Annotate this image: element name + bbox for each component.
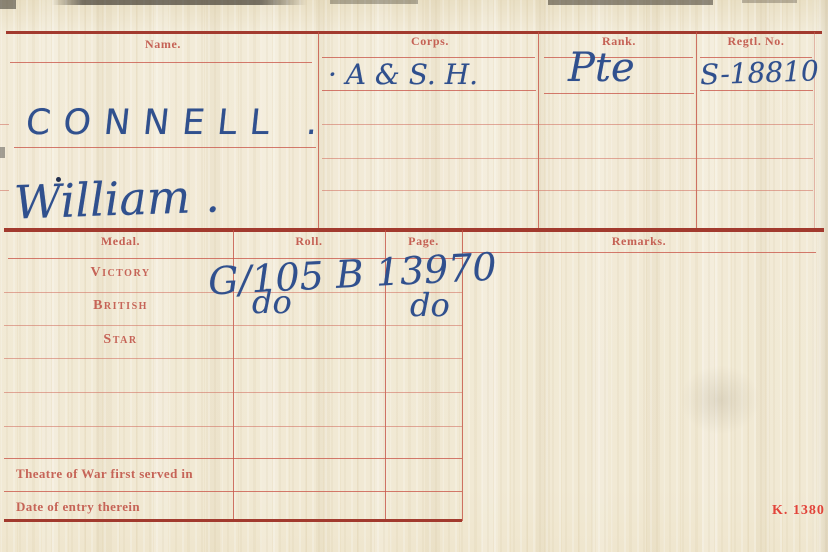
medal-row-victory: Victory bbox=[8, 265, 233, 281]
grid-line bbox=[4, 426, 462, 427]
grid-line bbox=[4, 519, 462, 522]
form-code-stamp: K. 1380 bbox=[772, 503, 825, 519]
grid-line bbox=[322, 190, 813, 191]
grid-line bbox=[322, 158, 813, 159]
grid-line bbox=[696, 32, 697, 229]
rank-entry-handwriting: Pte bbox=[568, 45, 635, 91]
corps-column-header: Corps. bbox=[322, 34, 538, 49]
grid-line bbox=[4, 228, 824, 232]
grid-line bbox=[462, 252, 816, 253]
grid-line bbox=[4, 325, 462, 326]
paper-stain bbox=[680, 365, 760, 435]
grid-line bbox=[0, 190, 9, 191]
medal-column-header: Medal. bbox=[8, 234, 233, 249]
roll-column-header: Roll. bbox=[233, 234, 385, 249]
grid-line bbox=[4, 392, 462, 393]
grid-line bbox=[4, 491, 462, 492]
page-ditto-handwriting: do bbox=[410, 286, 450, 324]
scan-artifact bbox=[0, 147, 5, 158]
medal-index-card: Name. Corps. Rank. Regtl. No. · A & S. H… bbox=[0, 0, 828, 552]
grid-line bbox=[4, 358, 462, 359]
regtl-no-column-header: Regtl. No. bbox=[698, 34, 814, 49]
grid-line bbox=[544, 93, 694, 94]
surname-handwriting: CONNELL . bbox=[24, 103, 333, 143]
regtl-no-entry-handwriting: S-18810 · bbox=[699, 54, 828, 92]
medal-row-british: British bbox=[8, 298, 233, 314]
roll-entry-handwriting: G/105 B 13970 bbox=[207, 244, 498, 303]
medal-row-star: Star bbox=[8, 332, 233, 348]
grid-line bbox=[0, 124, 9, 125]
scan-artifact bbox=[742, 0, 797, 3]
scan-artifact bbox=[52, 0, 307, 5]
name-column-header: Name. bbox=[8, 37, 318, 52]
remarks-column-header: Remarks. bbox=[462, 234, 816, 249]
grid-line bbox=[10, 62, 312, 63]
grid-line bbox=[322, 124, 813, 125]
forename-handwriting: William . bbox=[13, 168, 220, 229]
date-of-entry-label: Date of entry therein bbox=[16, 499, 140, 515]
scan-artifact bbox=[330, 0, 418, 4]
corps-entry-handwriting: · A & S. H. bbox=[328, 58, 478, 91]
scan-artifact bbox=[548, 0, 713, 5]
grid-line bbox=[14, 147, 316, 148]
theatre-of-war-label: Theatre of War first served in bbox=[16, 466, 193, 482]
grid-line bbox=[538, 32, 539, 229]
roll-ditto-handwriting: do bbox=[252, 283, 292, 321]
scan-artifact bbox=[0, 0, 16, 9]
grid-line bbox=[4, 458, 462, 459]
ink-dot bbox=[56, 177, 61, 182]
